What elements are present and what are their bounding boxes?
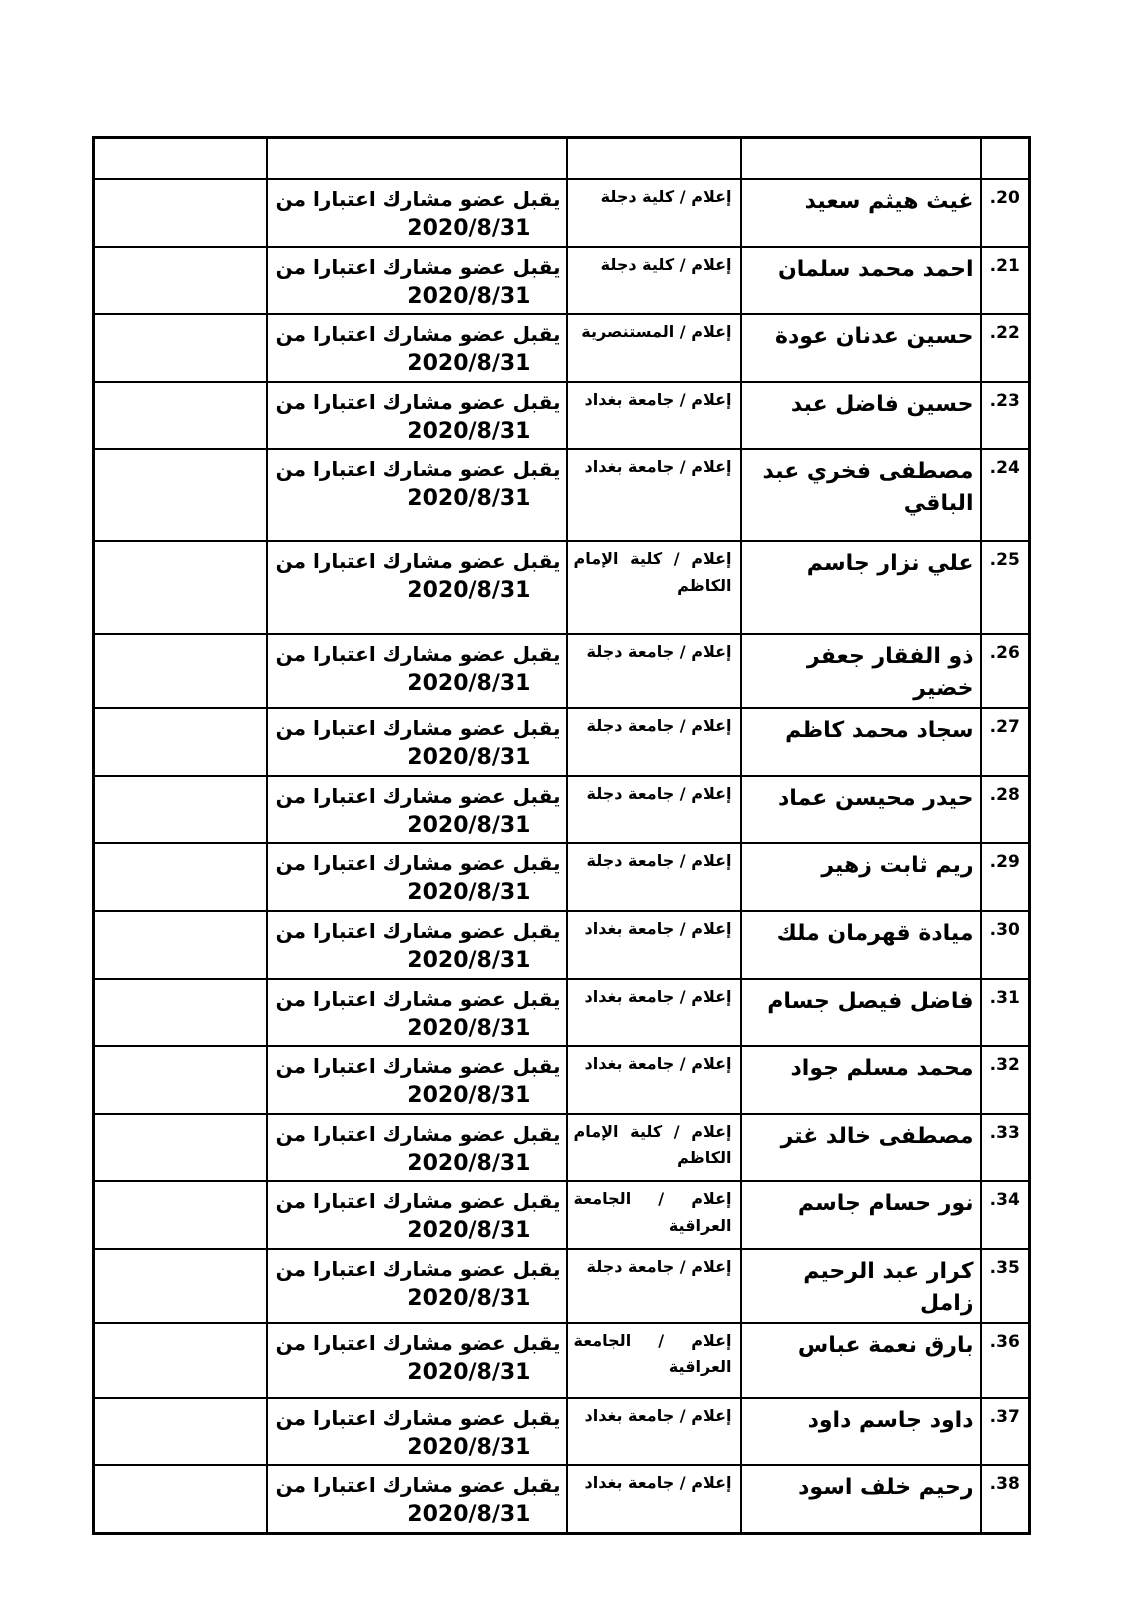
affiliation-cell: إعلام / جامعة بغداد	[567, 449, 741, 541]
affiliation-cell: إعلام / المستنصرية	[567, 314, 741, 382]
row-number: 33.	[990, 1123, 1020, 1143]
member-name-cell: نور حسام جاسم	[741, 1181, 981, 1249]
notes-cell	[94, 1398, 267, 1466]
member-name: فاضل فيصل جسام	[767, 989, 973, 1014]
member-name-cell: بارق نعمة عباس	[741, 1323, 981, 1398]
member-name-cell: ذو الفقار جعفر خضير	[741, 634, 981, 708]
notes-cell	[94, 382, 267, 450]
decision-text: يقبل عضو مشارك اعتبارا من	[272, 848, 561, 879]
notes-cell	[94, 911, 267, 979]
affiliation: إعلام / كلية دجلة	[601, 187, 732, 206]
decision-date: 2020/8/31	[272, 1082, 561, 1111]
decision-date: 2020/8/31	[272, 744, 561, 773]
decision-date: 2020/8/31	[272, 1434, 561, 1463]
affiliation: إعلام / جامعة دجلة	[587, 784, 732, 803]
decision-text: يقبل عضو مشارك اعتبارا من	[272, 1051, 561, 1082]
row-number-cell: 22.	[981, 314, 1030, 382]
decision-cell: يقبل عضو مشارك اعتبارا من 2020/8/31	[267, 1398, 567, 1466]
affiliation: إعلام / جامعة بغداد	[585, 1054, 732, 1073]
member-name-cell: داود جاسم داود	[741, 1398, 981, 1466]
member-name: كرار عبد الرحيم زامل	[803, 1259, 973, 1316]
table-row: 29. ريم ثابت زهير إعلام / جامعة دجلة يقب…	[94, 843, 1030, 911]
affiliation: إعلام / جامعة بغداد	[585, 1473, 732, 1492]
affiliation-cell: إعلام / الجامعة العراقية	[567, 1323, 741, 1398]
header-number-cell	[981, 138, 1030, 180]
row-number: 31.	[990, 988, 1020, 1008]
table-row: 24. مصطفى فخري عبد الباقي إعلام / جامعة …	[94, 449, 1030, 541]
decision-date: 2020/8/31	[272, 947, 561, 976]
document-page: 20. غيث هيثم سعيد إعلام / كلية دجلة يقبل…	[0, 0, 1131, 1600]
member-name-cell: سجاد محمد كاظم	[741, 708, 981, 776]
row-number-cell: 24.	[981, 449, 1030, 541]
row-number-cell: 25.	[981, 541, 1030, 634]
member-name: حسين فاضل عبد	[791, 392, 974, 417]
decision-cell: يقبل عضو مشارك اعتبارا من 2020/8/31	[267, 247, 567, 315]
row-number-cell: 35.	[981, 1249, 1030, 1323]
decision-text: يقبل عضو مشارك اعتبارا من	[272, 713, 561, 744]
member-name: ميادة قهرمان ملك	[777, 921, 974, 946]
decision-cell: يقبل عضو مشارك اعتبارا من 2020/8/31	[267, 449, 567, 541]
row-number: 27.	[990, 717, 1020, 737]
decision-cell: يقبل عضو مشارك اعتبارا من 2020/8/31	[267, 382, 567, 450]
member-name: بارق نعمة عباس	[798, 1333, 974, 1358]
member-name: احمد محمد سلمان	[778, 257, 974, 282]
notes-cell	[94, 1046, 267, 1114]
affiliation-cell: إعلام / جامعة دجلة	[567, 776, 741, 844]
affiliation: إعلام / الجامعة العراقية	[574, 1331, 732, 1376]
affiliation-cell: إعلام / جامعة بغداد	[567, 979, 741, 1047]
header-notes-cell	[94, 138, 267, 180]
affiliation-cell: إعلام / كلية الإمام الكاظم	[567, 541, 741, 634]
decision-text: يقبل عضو مشارك اعتبارا من	[272, 184, 561, 215]
notes-cell	[94, 1465, 267, 1533]
decision-text: يقبل عضو مشارك اعتبارا من	[272, 1470, 561, 1501]
decision-text: يقبل عضو مشارك اعتبارا من	[272, 454, 561, 485]
decision-date: 2020/8/31	[272, 1359, 561, 1388]
decision-date: 2020/8/31	[272, 418, 561, 447]
table-row: 25. علي نزار جاسم إعلام / كلية الإمام ال…	[94, 541, 1030, 634]
decision-date: 2020/8/31	[272, 350, 561, 379]
affiliation: إعلام / جامعة بغداد	[585, 1406, 732, 1425]
affiliation: إعلام / جامعة بغداد	[585, 390, 732, 409]
affiliation-cell: إعلام / جامعة بغداد	[567, 1398, 741, 1466]
member-name-cell: كرار عبد الرحيم زامل	[741, 1249, 981, 1323]
decision-text: يقبل عضو مشارك اعتبارا من	[272, 1186, 561, 1217]
affiliation-cell: إعلام / الجامعة العراقية	[567, 1181, 741, 1249]
affiliation: إعلام / المستنصرية	[581, 322, 731, 341]
decision-cell: يقبل عضو مشارك اعتبارا من 2020/8/31	[267, 979, 567, 1047]
row-number: 28.	[990, 785, 1020, 805]
decision-date: 2020/8/31	[272, 283, 561, 312]
row-number: 22.	[990, 323, 1020, 343]
row-number: 30.	[990, 920, 1020, 940]
row-number-cell: 20.	[981, 179, 1030, 247]
row-number: 38.	[990, 1474, 1020, 1494]
header-name-cell	[741, 138, 981, 180]
member-name-cell: مصطفى خالد غتر	[741, 1114, 981, 1182]
table-row: 20. غيث هيثم سعيد إعلام / كلية دجلة يقبل…	[94, 179, 1030, 247]
row-number: 20.	[990, 188, 1020, 208]
decision-cell: يقبل عضو مشارك اعتبارا من 2020/8/31	[267, 776, 567, 844]
table-row: 34. نور حسام جاسم إعلام / الجامعة العراق…	[94, 1181, 1030, 1249]
row-number: 36.	[990, 1332, 1020, 1352]
notes-cell	[94, 1249, 267, 1323]
decision-date: 2020/8/31	[272, 879, 561, 908]
notes-cell	[94, 1181, 267, 1249]
affiliation-cell: إعلام / جامعة بغداد	[567, 1465, 741, 1533]
table-row: 33. مصطفى خالد غتر إعلام / كلية الإمام ا…	[94, 1114, 1030, 1182]
decision-text: يقبل عضو مشارك اعتبارا من	[272, 1328, 561, 1359]
affiliation: إعلام / جامعة دجلة	[587, 1257, 732, 1276]
row-number: 37.	[990, 1407, 1020, 1427]
decision-text: يقبل عضو مشارك اعتبارا من	[272, 984, 561, 1015]
affiliation: إعلام / جامعة بغداد	[585, 919, 732, 938]
decision-cell: يقبل عضو مشارك اعتبارا من 2020/8/31	[267, 911, 567, 979]
row-number-cell: 23.	[981, 382, 1030, 450]
decision-date: 2020/8/31	[272, 1015, 561, 1044]
table-row: 28. حيدر محيسن عماد إعلام / جامعة دجلة ي…	[94, 776, 1030, 844]
notes-cell	[94, 179, 267, 247]
affiliation: إعلام / كلية الإمام الكاظم	[574, 549, 732, 594]
member-name: علي نزار جاسم	[807, 551, 974, 576]
decision-text: يقبل عضو مشارك اعتبارا من	[272, 319, 561, 350]
decision-date: 2020/8/31	[272, 1501, 561, 1530]
header-affiliation-cell	[567, 138, 741, 180]
decision-text: يقبل عضو مشارك اعتبارا من	[272, 639, 561, 670]
affiliation: إعلام / كلية دجلة	[601, 255, 732, 274]
member-name: ذو الفقار جعفر خضير	[807, 644, 973, 701]
notes-cell	[94, 541, 267, 634]
member-name-cell: حسين فاضل عبد	[741, 382, 981, 450]
affiliation-cell: إعلام / كلية الإمام الكاظم	[567, 1114, 741, 1182]
affiliation-cell: إعلام / جامعة دجلة	[567, 1249, 741, 1323]
decision-date: 2020/8/31	[272, 812, 561, 841]
row-number-cell: 21.	[981, 247, 1030, 315]
decision-date: 2020/8/31	[272, 1150, 561, 1179]
row-number-cell: 30.	[981, 911, 1030, 979]
affiliation-cell: إعلام / جامعة دجلة	[567, 708, 741, 776]
member-name-cell: محمد مسلم جواد	[741, 1046, 981, 1114]
member-name-cell: رحيم خلف اسود	[741, 1465, 981, 1533]
member-name-cell: مصطفى فخري عبد الباقي	[741, 449, 981, 541]
member-name: مصطفى خالد غتر	[781, 1124, 974, 1149]
member-name: سجاد محمد كاظم	[785, 718, 973, 743]
table-row: 27. سجاد محمد كاظم إعلام / جامعة دجلة يق…	[94, 708, 1030, 776]
decision-cell: يقبل عضو مشارك اعتبارا من 2020/8/31	[267, 179, 567, 247]
decision-text: يقبل عضو مشارك اعتبارا من	[272, 1403, 561, 1434]
decision-cell: يقبل عضو مشارك اعتبارا من 2020/8/31	[267, 634, 567, 708]
row-number-cell: 34.	[981, 1181, 1030, 1249]
member-name-cell: علي نزار جاسم	[741, 541, 981, 634]
row-number: 26.	[990, 643, 1020, 663]
row-number-cell: 37.	[981, 1398, 1030, 1466]
affiliation-cell: إعلام / كلية دجلة	[567, 247, 741, 315]
decision-date: 2020/8/31	[272, 215, 561, 244]
decision-cell: يقبل عضو مشارك اعتبارا من 2020/8/31	[267, 843, 567, 911]
table-row: 32. محمد مسلم جواد إعلام / جامعة بغداد ي…	[94, 1046, 1030, 1114]
member-name: نور حسام جاسم	[798, 1191, 974, 1216]
notes-cell	[94, 979, 267, 1047]
member-name-cell: حيدر محيسن عماد	[741, 776, 981, 844]
affiliation: إعلام / كلية الإمام الكاظم	[574, 1122, 732, 1167]
decision-cell: يقبل عضو مشارك اعتبارا من 2020/8/31	[267, 1323, 567, 1398]
affiliation: إعلام / جامعة بغداد	[585, 987, 732, 1006]
decision-text: يقبل عضو مشارك اعتبارا من	[272, 781, 561, 812]
decision-cell: يقبل عضو مشارك اعتبارا من 2020/8/31	[267, 541, 567, 634]
row-number: 24.	[990, 458, 1020, 478]
row-number-cell: 31.	[981, 979, 1030, 1047]
header-decision-cell	[267, 138, 567, 180]
decision-text: يقبل عضو مشارك اعتبارا من	[272, 1119, 561, 1150]
table-row: 30. ميادة قهرمان ملك إعلام / جامعة بغداد…	[94, 911, 1030, 979]
decision-text: يقبل عضو مشارك اعتبارا من	[272, 252, 561, 283]
notes-cell	[94, 843, 267, 911]
decision-cell: يقبل عضو مشارك اعتبارا من 2020/8/31	[267, 314, 567, 382]
row-number: 23.	[990, 391, 1020, 411]
row-number: 25.	[990, 550, 1020, 570]
member-name: حسين عدنان عودة	[775, 324, 973, 349]
affiliation: إعلام / جامعة بغداد	[585, 457, 732, 476]
row-number-cell: 26.	[981, 634, 1030, 708]
member-name-cell: حسين عدنان عودة	[741, 314, 981, 382]
row-number-cell: 28.	[981, 776, 1030, 844]
affiliation-cell: إعلام / كلية دجلة	[567, 179, 741, 247]
member-name: محمد مسلم جواد	[791, 1056, 974, 1081]
table-row: 23. حسين فاضل عبد إعلام / جامعة بغداد يق…	[94, 382, 1030, 450]
decision-cell: يقبل عضو مشارك اعتبارا من 2020/8/31	[267, 1249, 567, 1323]
affiliation: إعلام / جامعة دجلة	[587, 851, 732, 870]
row-number-cell: 36.	[981, 1323, 1030, 1398]
affiliation-cell: إعلام / جامعة دجلة	[567, 843, 741, 911]
members-table: 20. غيث هيثم سعيد إعلام / كلية دجلة يقبل…	[92, 136, 1031, 1535]
table-row: 26. ذو الفقار جعفر خضير إعلام / جامعة دج…	[94, 634, 1030, 708]
notes-cell	[94, 314, 267, 382]
affiliation: إعلام / الجامعة العراقية	[574, 1189, 732, 1234]
member-name-cell: فاضل فيصل جسام	[741, 979, 981, 1047]
decision-date: 2020/8/31	[272, 670, 561, 699]
member-name: رحيم خلف اسود	[798, 1475, 973, 1500]
row-number-cell: 38.	[981, 1465, 1030, 1533]
member-name-cell: ريم ثابت زهير	[741, 843, 981, 911]
affiliation: إعلام / جامعة دجلة	[587, 716, 732, 735]
row-number: 29.	[990, 852, 1020, 872]
row-number: 21.	[990, 256, 1020, 276]
table-row: 31. فاضل فيصل جسام إعلام / جامعة بغداد ي…	[94, 979, 1030, 1047]
table-row: 35. كرار عبد الرحيم زامل إعلام / جامعة د…	[94, 1249, 1030, 1323]
notes-cell	[94, 1323, 267, 1398]
header-row	[94, 138, 1030, 180]
notes-cell	[94, 1114, 267, 1182]
notes-cell	[94, 449, 267, 541]
notes-cell	[94, 247, 267, 315]
affiliation-cell: إعلام / جامعة دجلة	[567, 634, 741, 708]
notes-cell	[94, 776, 267, 844]
row-number: 34.	[990, 1190, 1020, 1210]
member-name-cell: احمد محمد سلمان	[741, 247, 981, 315]
row-number: 32.	[990, 1055, 1020, 1075]
affiliation: إعلام / جامعة دجلة	[587, 642, 732, 661]
decision-date: 2020/8/31	[272, 1217, 561, 1246]
row-number-cell: 27.	[981, 708, 1030, 776]
member-name-cell: غيث هيثم سعيد	[741, 179, 981, 247]
decision-text: يقبل عضو مشارك اعتبارا من	[272, 916, 561, 947]
table-row: 36. بارق نعمة عباس إعلام / الجامعة العرا…	[94, 1323, 1030, 1398]
decision-cell: يقبل عضو مشارك اعتبارا من 2020/8/31	[267, 1114, 567, 1182]
affiliation-cell: إعلام / جامعة بغداد	[567, 1046, 741, 1114]
table-row: 22. حسين عدنان عودة إعلام / المستنصرية ي…	[94, 314, 1030, 382]
affiliation-cell: إعلام / جامعة بغداد	[567, 382, 741, 450]
decision-date: 2020/8/31	[272, 1285, 561, 1314]
decision-cell: يقبل عضو مشارك اعتبارا من 2020/8/31	[267, 708, 567, 776]
member-name-cell: ميادة قهرمان ملك	[741, 911, 981, 979]
notes-cell	[94, 634, 267, 708]
row-number-cell: 32.	[981, 1046, 1030, 1114]
row-number-cell: 29.	[981, 843, 1030, 911]
decision-cell: يقبل عضو مشارك اعتبارا من 2020/8/31	[267, 1181, 567, 1249]
decision-text: يقبل عضو مشارك اعتبارا من	[272, 387, 561, 418]
row-number: 35.	[990, 1258, 1020, 1278]
decision-text: يقبل عضو مشارك اعتبارا من	[272, 546, 561, 577]
notes-cell	[94, 708, 267, 776]
table-row: 37. داود جاسم داود إعلام / جامعة بغداد ي…	[94, 1398, 1030, 1466]
member-name: داود جاسم داود	[808, 1408, 974, 1433]
decision-cell: يقبل عضو مشارك اعتبارا من 2020/8/31	[267, 1046, 567, 1114]
decision-text: يقبل عضو مشارك اعتبارا من	[272, 1254, 561, 1285]
table-row: 38. رحيم خلف اسود إعلام / جامعة بغداد يق…	[94, 1465, 1030, 1533]
row-number-cell: 33.	[981, 1114, 1030, 1182]
decision-date: 2020/8/31	[272, 485, 561, 514]
members-table-body: 20. غيث هيثم سعيد إعلام / كلية دجلة يقبل…	[94, 138, 1030, 1534]
table-row: 21. احمد محمد سلمان إعلام / كلية دجلة يق…	[94, 247, 1030, 315]
decision-cell: يقبل عضو مشارك اعتبارا من 2020/8/31	[267, 1465, 567, 1533]
member-name: حيدر محيسن عماد	[778, 786, 974, 811]
member-name: ريم ثابت زهير	[821, 853, 973, 878]
member-name: مصطفى فخري عبد الباقي	[763, 459, 974, 516]
affiliation-cell: إعلام / جامعة بغداد	[567, 911, 741, 979]
decision-date: 2020/8/31	[272, 577, 561, 606]
member-name: غيث هيثم سعيد	[805, 189, 974, 214]
